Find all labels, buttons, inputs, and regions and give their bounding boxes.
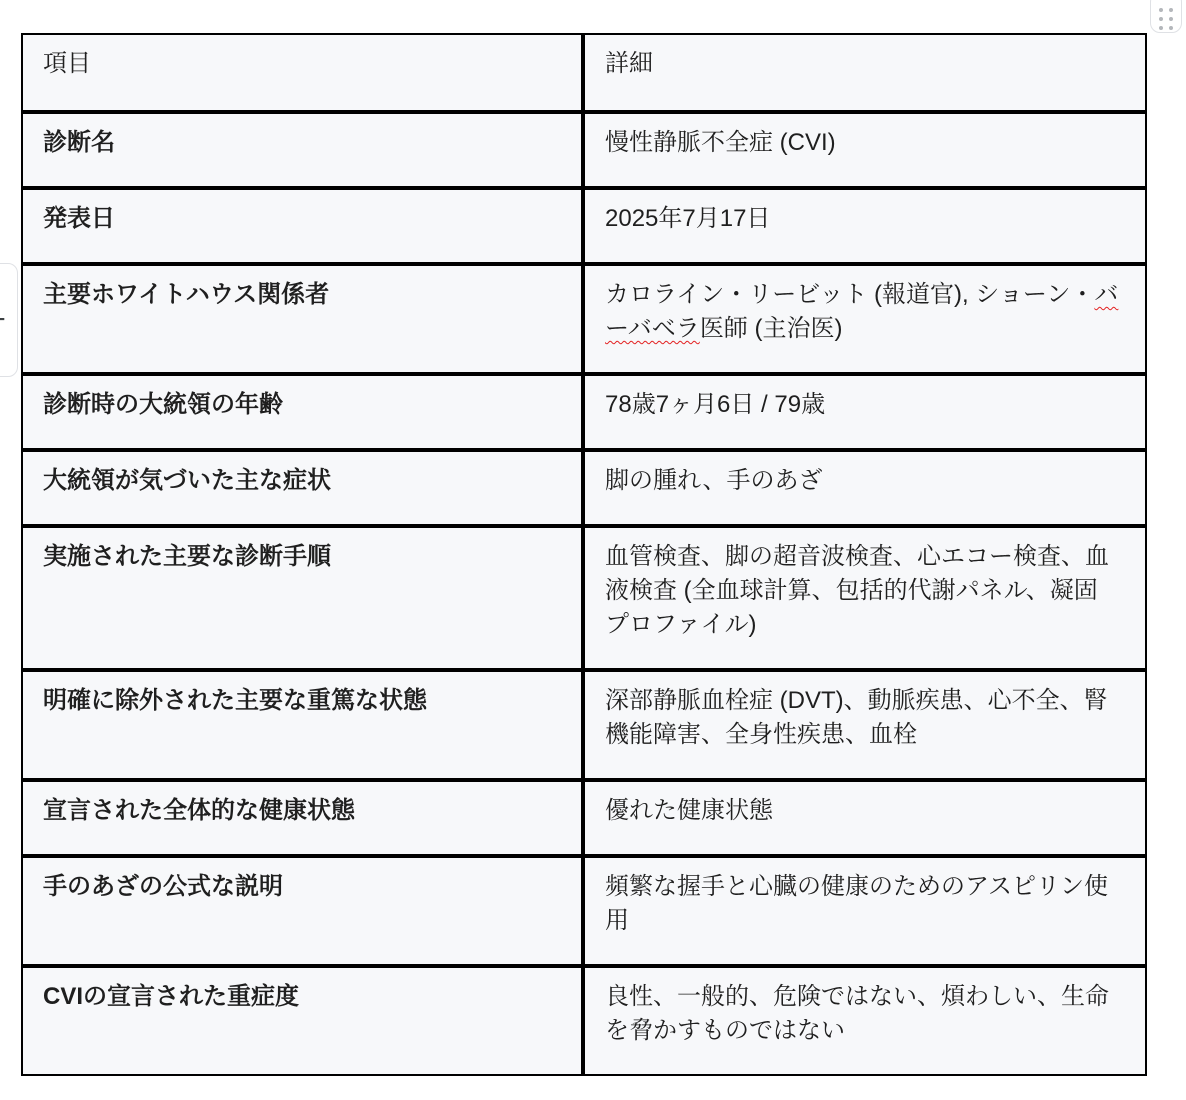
item-cell[interactable]: 診断時の大統領の年齢 [21, 374, 583, 450]
detail-text: 2025年7月17日 [605, 205, 770, 232]
table-row: 実施された主要な診断手順血管検査、脚の超音波検査、心エコー検査、血液検査 (全血… [21, 526, 1147, 670]
item-cell[interactable]: 発表日 [21, 188, 583, 264]
table-row: 主要ホワイトハウス関係者カロライン・リービット (報道官), ショーン・バーバベ… [21, 264, 1147, 374]
detail-cell[interactable]: 良性、一般的、危険ではない、煩わしい、生命を脅かすものではない [583, 966, 1147, 1076]
add-row-button[interactable]: + [0, 263, 18, 377]
detail-text: カロライン・リービット (報道官), ショーン・ [605, 281, 1094, 308]
table-row: 明確に除外された主要な重篤な状態深部静脈血栓症 (DVT)、動脈疾患、心不全、腎… [21, 670, 1147, 780]
detail-text: 良性、一般的、危険ではない、煩わしい、生命を脅かすものではない [605, 983, 1109, 1044]
table-row: CVIの宣言された重症度良性、一般的、危険ではない、煩わしい、生命を脅かすもので… [21, 966, 1147, 1076]
detail-text: 78歳7ヶ月6日 / 79歳 [605, 391, 825, 418]
six-dot-drag-handle-icon [1159, 8, 1173, 30]
item-cell[interactable]: 主要ホワイトハウス関係者 [21, 264, 583, 374]
table-row: 発表日2025年7月17日 [21, 188, 1147, 264]
detail-cell[interactable]: 2025年7月17日 [583, 188, 1147, 264]
plus-icon: + [0, 305, 6, 335]
detail-text: 血管検査、脚の超音波検査、心エコー検査、血液検査 (全血球計算、包括的代謝パネル… [605, 543, 1109, 638]
item-cell[interactable]: 大統領が気づいた主な症状 [21, 450, 583, 526]
table-header-row: 項目 詳細 [21, 33, 1147, 112]
detail-text: 優れた健康状態 [605, 797, 773, 824]
detail-cell[interactable]: 慢性静脈不全症 (CVI) [583, 112, 1147, 188]
details-table: 項目 詳細 診断名慢性静脈不全症 (CVI)発表日2025年7月17日主要ホワイ… [21, 33, 1147, 1076]
header-cell-detail[interactable]: 詳細 [583, 33, 1147, 112]
table-row: 診断時の大統領の年齢78歳7ヶ月6日 / 79歳 [21, 374, 1147, 450]
item-cell[interactable]: 診断名 [21, 112, 583, 188]
table-row: 手のあざの公式な説明頻繁な握手と心臓の健康のためのアスピリン使用 [21, 856, 1147, 966]
detail-cell[interactable]: 血管検査、脚の超音波検査、心エコー検査、血液検査 (全血球計算、包括的代謝パネル… [583, 526, 1147, 670]
item-cell[interactable]: 手のあざの公式な説明 [21, 856, 583, 966]
detail-cell[interactable]: カロライン・リービット (報道官), ショーン・バーバベラ医師 (主治医) [583, 264, 1147, 374]
detail-text: 医師 (主治医) [700, 315, 843, 342]
item-cell[interactable]: CVIの宣言された重症度 [21, 966, 583, 1076]
detail-cell[interactable]: 深部静脈血栓症 (DVT)、動脈疾患、心不全、腎機能障害、全身性疾患、血栓 [583, 670, 1147, 780]
detail-text: 脚の腫れ、手のあざ [605, 467, 822, 494]
table-drag-handle-button[interactable] [1150, 0, 1182, 33]
table-row: 大統領が気づいた主な症状脚の腫れ、手のあざ [21, 450, 1147, 526]
detail-text: 頻繁な握手と心臓の健康のためのアスピリン使用 [605, 873, 1108, 934]
item-cell[interactable]: 宣言された全体的な健康状態 [21, 780, 583, 856]
table-row: 診断名慢性静脈不全症 (CVI) [21, 112, 1147, 188]
detail-cell[interactable]: 78歳7ヶ月6日 / 79歳 [583, 374, 1147, 450]
header-cell-item[interactable]: 項目 [21, 33, 583, 112]
detail-cell[interactable]: 頻繁な握手と心臓の健康のためのアスピリン使用 [583, 856, 1147, 966]
detail-text: 慢性静脈不全症 (CVI) [605, 129, 836, 156]
item-cell[interactable]: 明確に除外された主要な重篤な状態 [21, 670, 583, 780]
detail-cell[interactable]: 優れた健康状態 [583, 780, 1147, 856]
detail-text: 深部静脈血栓症 (DVT)、動脈疾患、心不全、腎機能障害、全身性疾患、血栓 [605, 687, 1108, 748]
table-row: 宣言された全体的な健康状態優れた健康状態 [21, 780, 1147, 856]
item-cell[interactable]: 実施された主要な診断手順 [21, 526, 583, 670]
detail-cell[interactable]: 脚の腫れ、手のあざ [583, 450, 1147, 526]
